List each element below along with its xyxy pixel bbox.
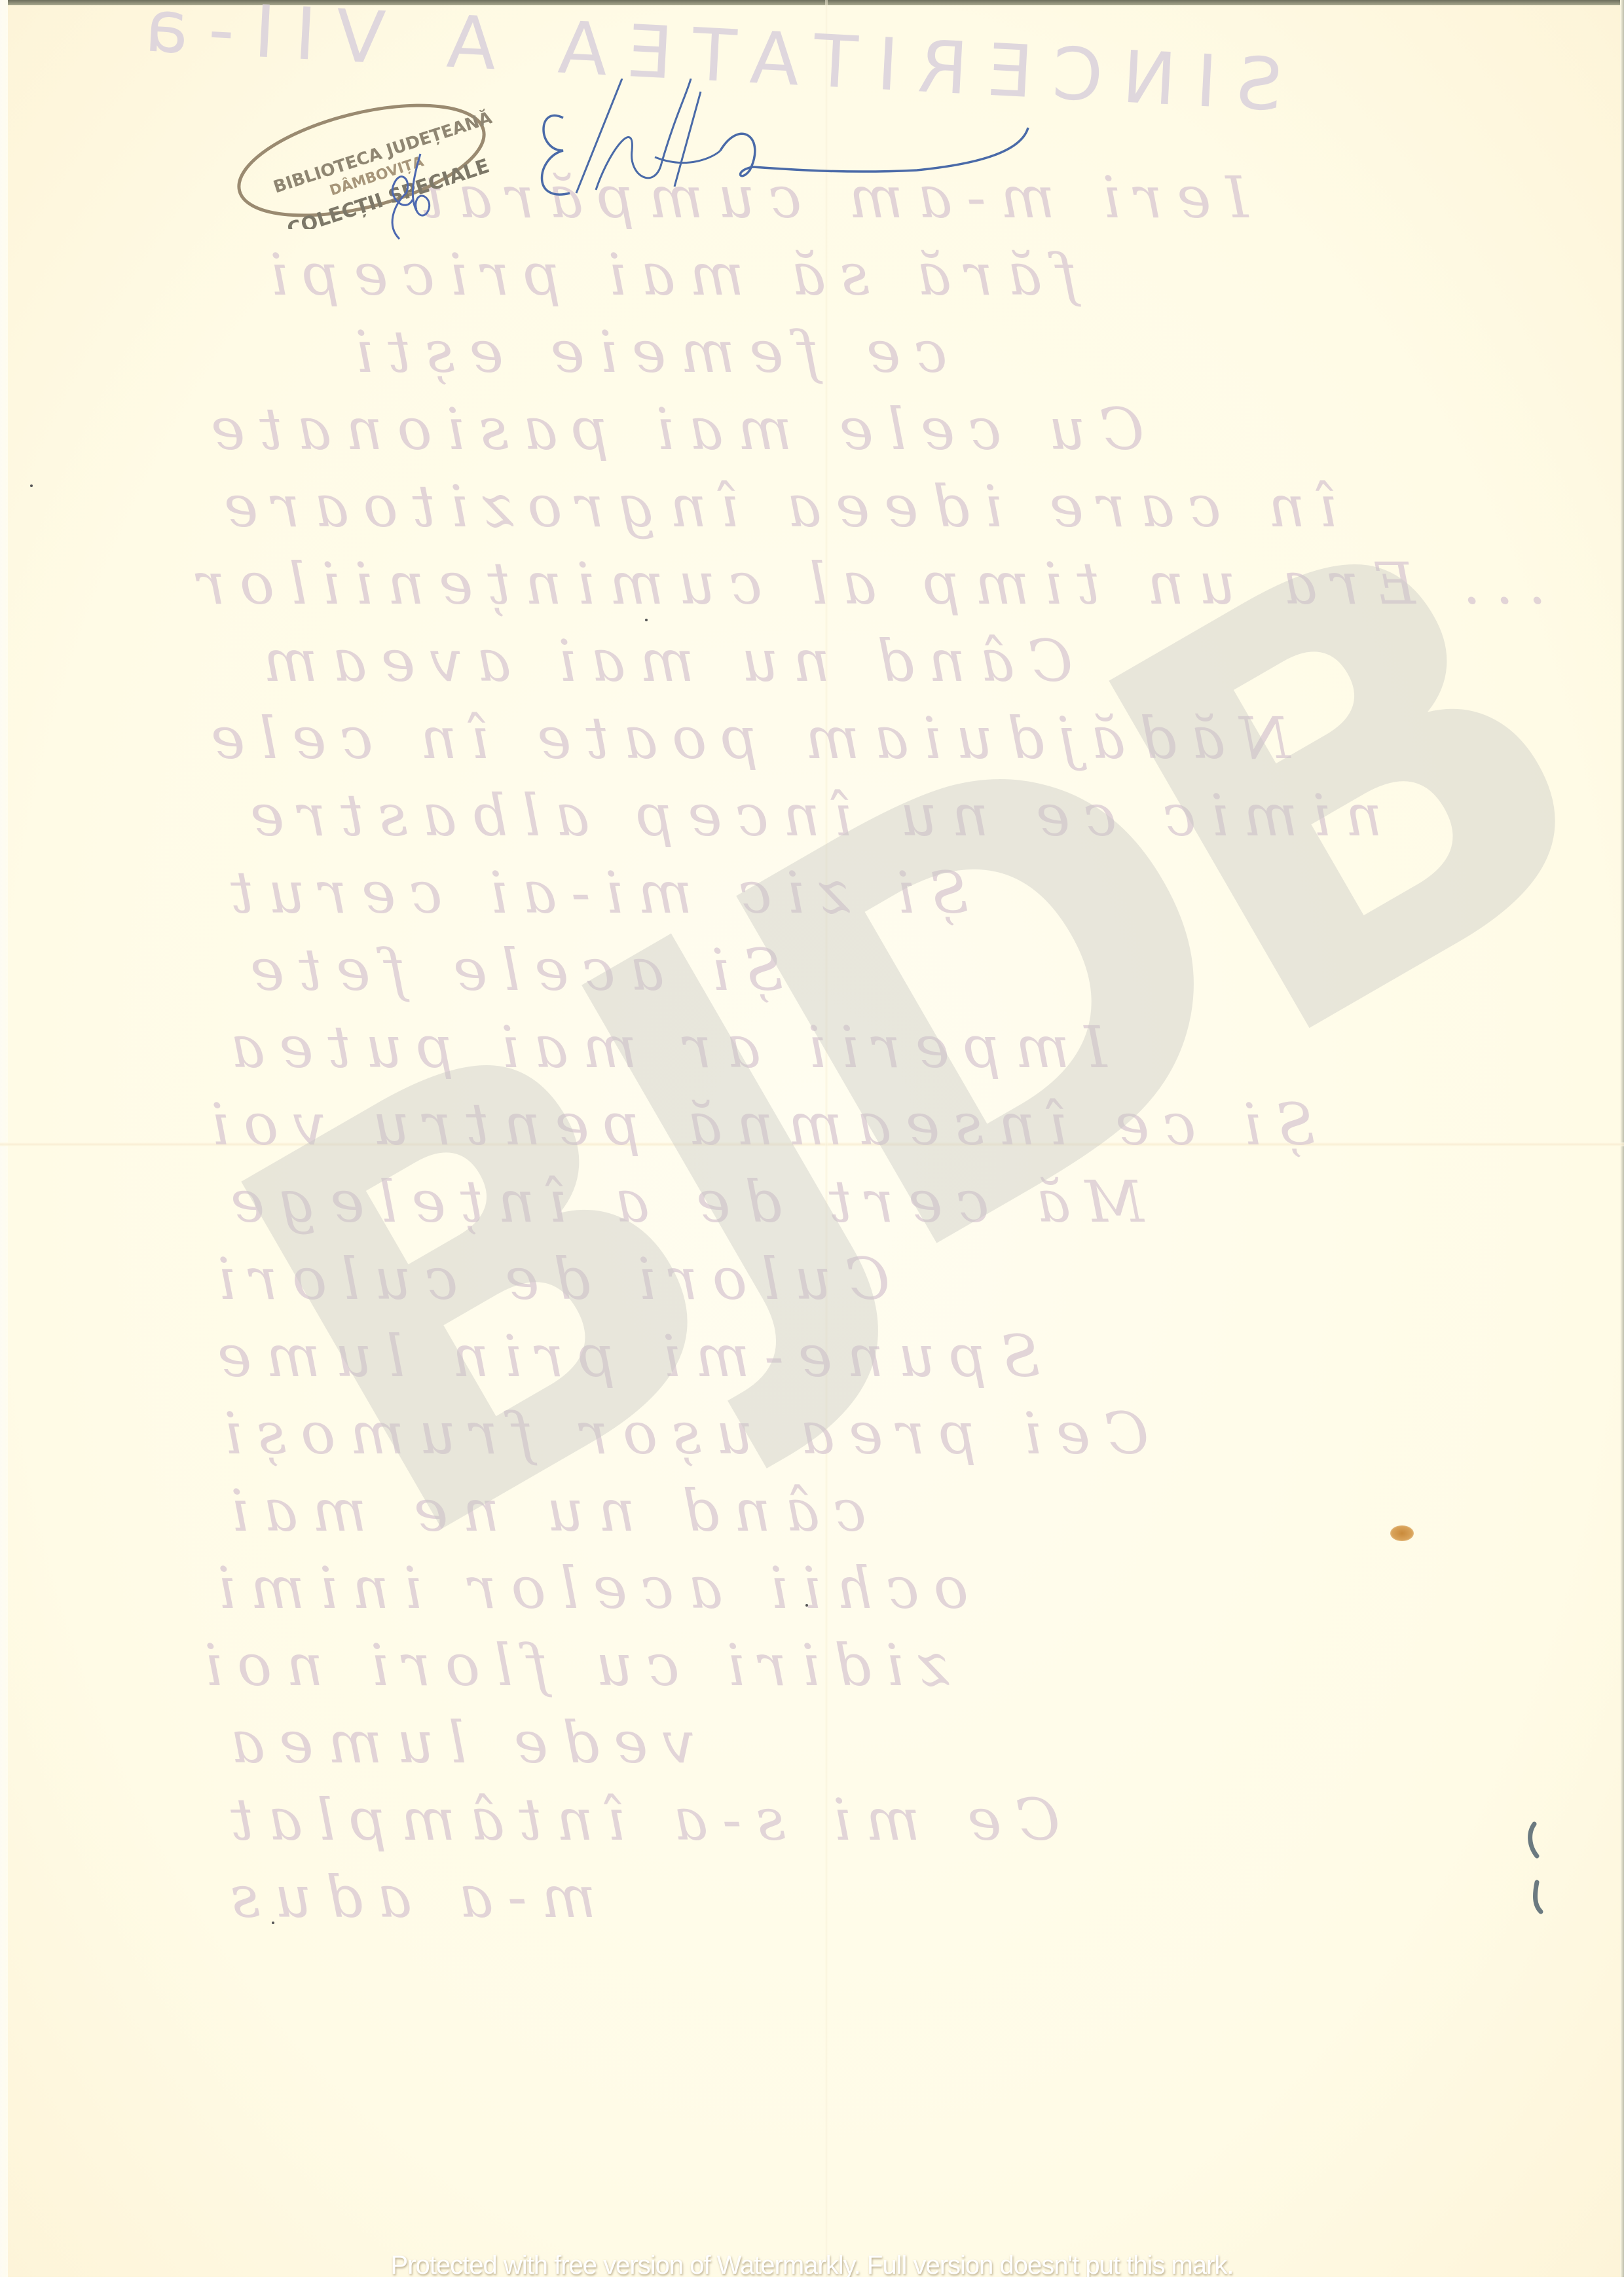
- bleed-line: Nădăjduiam poate în cele: [196, 704, 1290, 772]
- ink-stain: [1390, 1525, 1414, 1541]
- staple-marks: [1522, 1820, 1549, 1925]
- bleed-line: m-a adus: [216, 1863, 596, 1931]
- speck: [805, 1604, 808, 1607]
- bleed-through-handwriting: SINCERITATEA A VII-a Ieri m-am cumpăratf…: [0, 0, 1624, 2296]
- signature: [524, 79, 1074, 210]
- folio-number-86: [373, 141, 439, 246]
- bleed-line: Ce mi s-a întâmplat: [216, 1786, 1060, 1853]
- bleed-line: Culori de culori: [203, 1245, 890, 1313]
- bleed-line: Imperii ar mai putea: [216, 1013, 1107, 1081]
- bleed-line: Mă cert de a înțelege: [216, 1168, 1144, 1235]
- bleed-line: Spune-mi prin lume: [203, 1322, 1041, 1390]
- bleed-line: ochii acelor inimi: [203, 1554, 969, 1622]
- speck: [645, 619, 648, 621]
- document-page: SINCERITATEA A VII-a Ieri m-am cumpăratf…: [0, 0, 1624, 2296]
- bleed-line: în care ideea îngrozitoare: [210, 473, 1338, 540]
- bleed-line: Și zic mi-ai cerut: [216, 859, 969, 926]
- bleed-line: când nu ne mai: [216, 1477, 866, 1544]
- bleed-line: Când nu mai aveam: [249, 627, 1073, 695]
- bleed-line: Cei prea ușor frumoși: [210, 1400, 1149, 1467]
- bleed-line: ... Era un timp al cumințeniilor: [183, 550, 1547, 617]
- watermark-footer: Protected with free version of Watermark…: [0, 2251, 1624, 2280]
- library-stamp: BIBLIOTECA JUDEȚEANĂ DÂMBOVIȚA COLECȚII …: [231, 92, 492, 229]
- bleed-line: nimic ce nu încep albastre: [236, 782, 1382, 849]
- speck: [30, 484, 33, 487]
- bleed-line: vede lumea: [216, 1709, 695, 1776]
- bleed-line: Și acele fete: [236, 936, 784, 1004]
- bleed-line: zidiri cu flori noi: [190, 1631, 949, 1699]
- bleed-line: fără să mai pricepi: [255, 241, 1078, 308]
- bleed-line: Cu cele mai pasionate: [196, 395, 1144, 463]
- scan-bottom-margin: [0, 2277, 1624, 2296]
- speck: [272, 1922, 274, 1924]
- bleed-line: ce femeie ești: [341, 318, 947, 386]
- bleed-line: Și ce înseamnă pentru voi: [196, 1091, 1316, 1158]
